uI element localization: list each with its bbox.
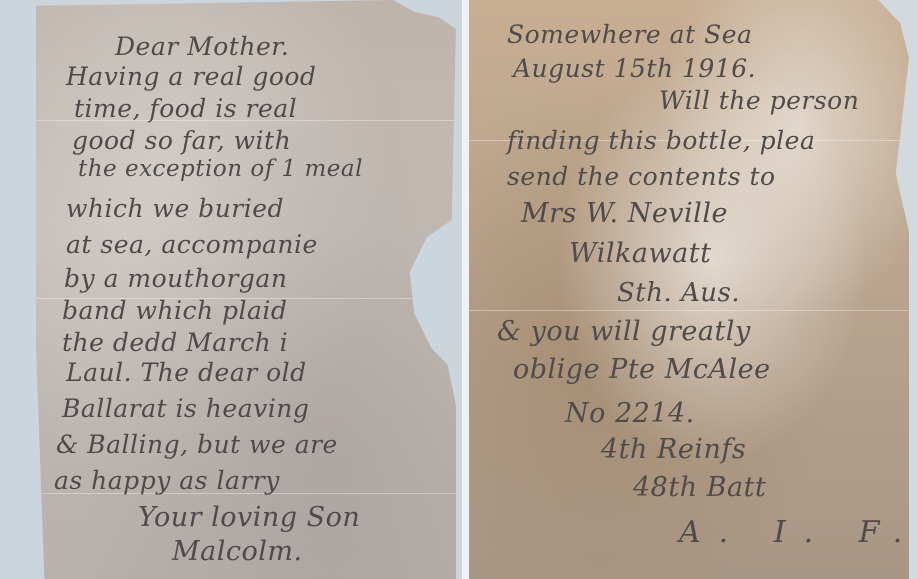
letter-line: the dedd March i: [62, 330, 288, 355]
soldier-name: oblige Pte McAlee: [513, 356, 771, 383]
letter-line: & you will greatly: [497, 318, 751, 345]
unit-reinforcements: 4th Reinfs: [601, 436, 746, 463]
image-divider: [462, 0, 469, 579]
letter-line: at sea, accompanie: [66, 232, 318, 257]
service-number: No 2214.: [565, 400, 695, 427]
letter-line: Dear Mother.: [115, 34, 289, 59]
letter-line: as happy as larry: [54, 468, 280, 493]
letter-line: time, food is real: [74, 96, 297, 121]
letter-line: send the contents to: [507, 164, 776, 189]
left-letter-photo: Dear Mother. Having a real good time, fo…: [0, 0, 462, 579]
letter-line: Will the person: [659, 88, 859, 113]
unit-battalion: 48th Batt: [633, 474, 766, 501]
letter-line: Having a real good: [66, 64, 316, 89]
letter-line: by a mouthorgan: [64, 266, 287, 291]
letter-line: Somewhere at Sea: [507, 22, 752, 47]
letter-line: band which plaid: [62, 298, 287, 323]
address-name: Mrs W. Neville: [521, 200, 728, 227]
date-line: August 15th 1916.: [513, 56, 756, 81]
letter-line: Ballarat is heaving: [62, 396, 309, 421]
letter-line: the exception of 1 meal: [78, 158, 363, 181]
paper-fold: [469, 310, 909, 311]
signature: Malcolm.: [172, 538, 303, 565]
letter-line: good so far, with: [72, 128, 291, 153]
unit-aif: A. I. F.: [679, 518, 918, 548]
address-state: Sth. Aus.: [617, 280, 740, 306]
letter-line: finding this bottle, plea: [507, 128, 815, 153]
letter-line: which we buried: [66, 196, 284, 221]
right-letter-photo: Somewhere at Sea August 15th 1916. Will …: [469, 0, 918, 579]
address-town: Wilkawatt: [569, 240, 711, 267]
letter-line: Laul. The dear old: [66, 360, 307, 385]
letter-line: & Balling, but we are: [56, 432, 338, 457]
signoff-line: Your loving Son: [138, 504, 360, 531]
